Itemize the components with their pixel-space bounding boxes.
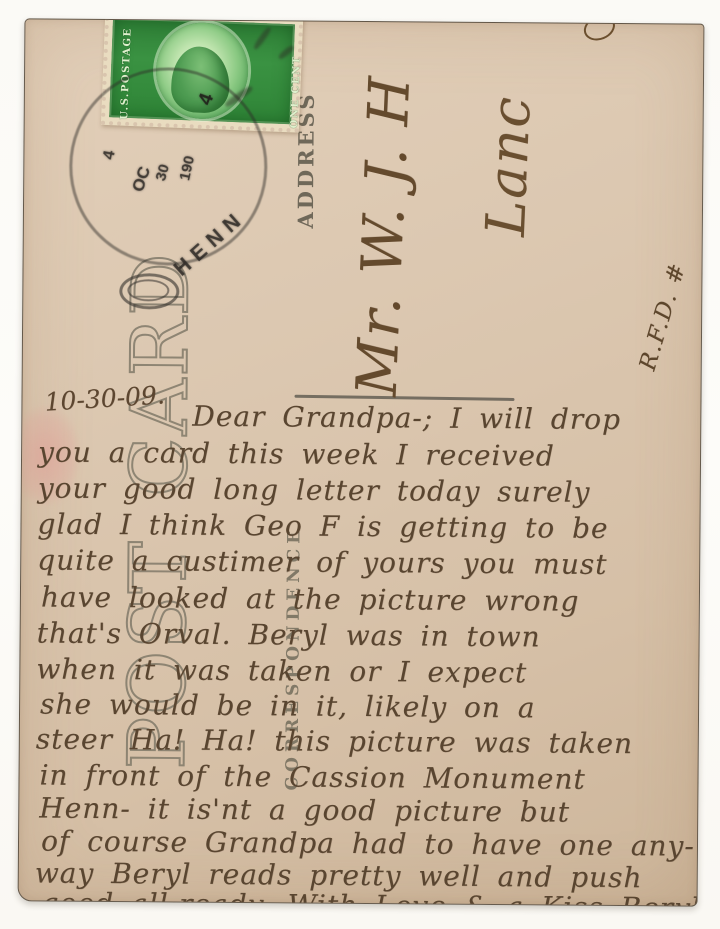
message-line: she would be in it, likely on a bbox=[40, 687, 536, 724]
message-line: when it was taken or I expect bbox=[36, 652, 527, 689]
message-line: your good long letter today surely bbox=[38, 471, 591, 508]
message-line: you a card this week I received bbox=[38, 435, 555, 472]
postmark-small-oval-inner bbox=[127, 279, 169, 301]
message-line: quite a custimer of yours you must bbox=[37, 543, 607, 580]
message-line: in front of the Cassion Monument bbox=[39, 758, 585, 795]
message-line: Dear Grandpa-; I will drop bbox=[192, 400, 621, 436]
handwritten-address-name: Mr. W. J. H bbox=[345, 18, 428, 397]
message-line: have looked at the picture wrong bbox=[41, 580, 580, 617]
message-line: Henn- it is'nt a good picture but bbox=[39, 791, 570, 828]
message-line: steer Ha! Ha! this picture was taken bbox=[36, 722, 633, 760]
message-line: glad I think Geo F is getting to be bbox=[37, 507, 608, 544]
message-line: that's Orval. Beryl was in town bbox=[37, 616, 541, 653]
handwritten-rfd: R.F.D. # bbox=[635, 222, 702, 373]
handwritten-address-city: Lanc bbox=[474, 18, 548, 237]
postcard-back: POST CARD ADDRESS CORRESPONDENCE U.S.POS… bbox=[18, 18, 705, 906]
handwriting-flourish bbox=[580, 18, 619, 45]
